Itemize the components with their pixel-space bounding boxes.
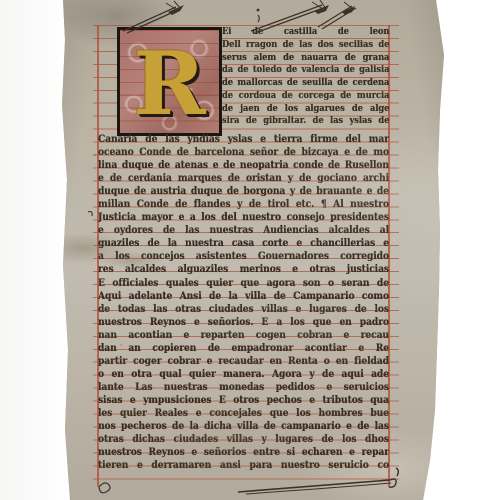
text-line: serus alem de nauarra de grana xyxy=(222,52,389,65)
text-line: nuestros Reynos e señorios. E a los que … xyxy=(98,316,389,329)
text-line: de cordoua de corcega de murcia xyxy=(222,90,389,103)
text-line: nos pecheros de la dicha villa de campan… xyxy=(98,420,389,433)
text-line: partir coger cobrar e recaudar en Renta … xyxy=(98,355,389,368)
text-line: Dell rragon de las dos secilias de xyxy=(222,39,389,52)
illuminated-initial-panel: R xyxy=(117,27,222,136)
text-line: otras dichas ciudades villas y lugares d… xyxy=(98,433,389,446)
initial-letter: R xyxy=(120,30,219,133)
text-line: oceano Conde de barcelona señor de bizca… xyxy=(98,146,389,159)
text-line: E officiales quales quier que agora son … xyxy=(98,277,389,290)
manuscript-page: R Ei de castilla de leon Dell rragon de … xyxy=(61,0,445,500)
text-line: nuestros Reynos e señorios entre si echa… xyxy=(98,446,389,459)
text-line: o en otra qual quier manera. Agora y de … xyxy=(98,368,389,381)
text-line: res alcaldes alguaziles merinos e otras … xyxy=(98,263,389,276)
text-line: Aqui adelante Ansi de la villa de Campan… xyxy=(98,290,389,303)
text-line: de jaen de los algarues de alge xyxy=(222,103,389,116)
text-line: duque de austria duque de borgona y de b… xyxy=(98,185,389,198)
text-line: nan acontian e reparten cogen cobran e r… xyxy=(98,329,389,342)
text-line: da de toledo de valencia de galisia xyxy=(222,64,389,77)
text-line: e de cerdania marques de oristan y de go… xyxy=(98,172,389,185)
text-line: e oydores de las nuestras Audiencias alc… xyxy=(98,224,389,237)
text-line: millan Conde de flandes y de tirol etc. … xyxy=(98,198,389,211)
text-line: lante Las nuestras monedas pedidos e ser… xyxy=(98,381,389,394)
text-line: guaziles de la nuestra casa corte e chan… xyxy=(98,237,389,250)
text-line: Canaria de las yndias yslas e tierra fir… xyxy=(98,133,389,146)
text-line: a los concejos asistentes Gouernadores c… xyxy=(98,250,389,263)
text-line: les quier Reales e concejales que los ho… xyxy=(98,407,389,420)
heading-column: Ei de castilla de leon Dell rragon de la… xyxy=(222,26,389,128)
photo-background: R Ei de castilla de leon Dell rragon de … xyxy=(0,0,500,500)
heading-line: Ei de castilla de leon xyxy=(222,26,389,39)
text-line: sisas e ympusiciones E otros pechos e tr… xyxy=(98,394,389,407)
text-line: dan an copieren de empadronar acontiar e… xyxy=(98,342,389,355)
text-line: lina duque de atenas e de neopatria cond… xyxy=(98,159,389,172)
body-column: Canaria de las yndias yslas e tierra fir… xyxy=(98,133,389,472)
text-line: de mallorcas de seuilla de cerdena xyxy=(222,77,389,90)
text-line: Justicia mayor e a los del nuestro conse… xyxy=(98,211,389,224)
text-line: tieren e derramaren ansi para nuestro se… xyxy=(98,459,389,472)
text-line: de todas las otras ciudades villas e lug… xyxy=(98,303,389,316)
text-line: sira de gibraltar. de las yslas de xyxy=(222,115,389,128)
